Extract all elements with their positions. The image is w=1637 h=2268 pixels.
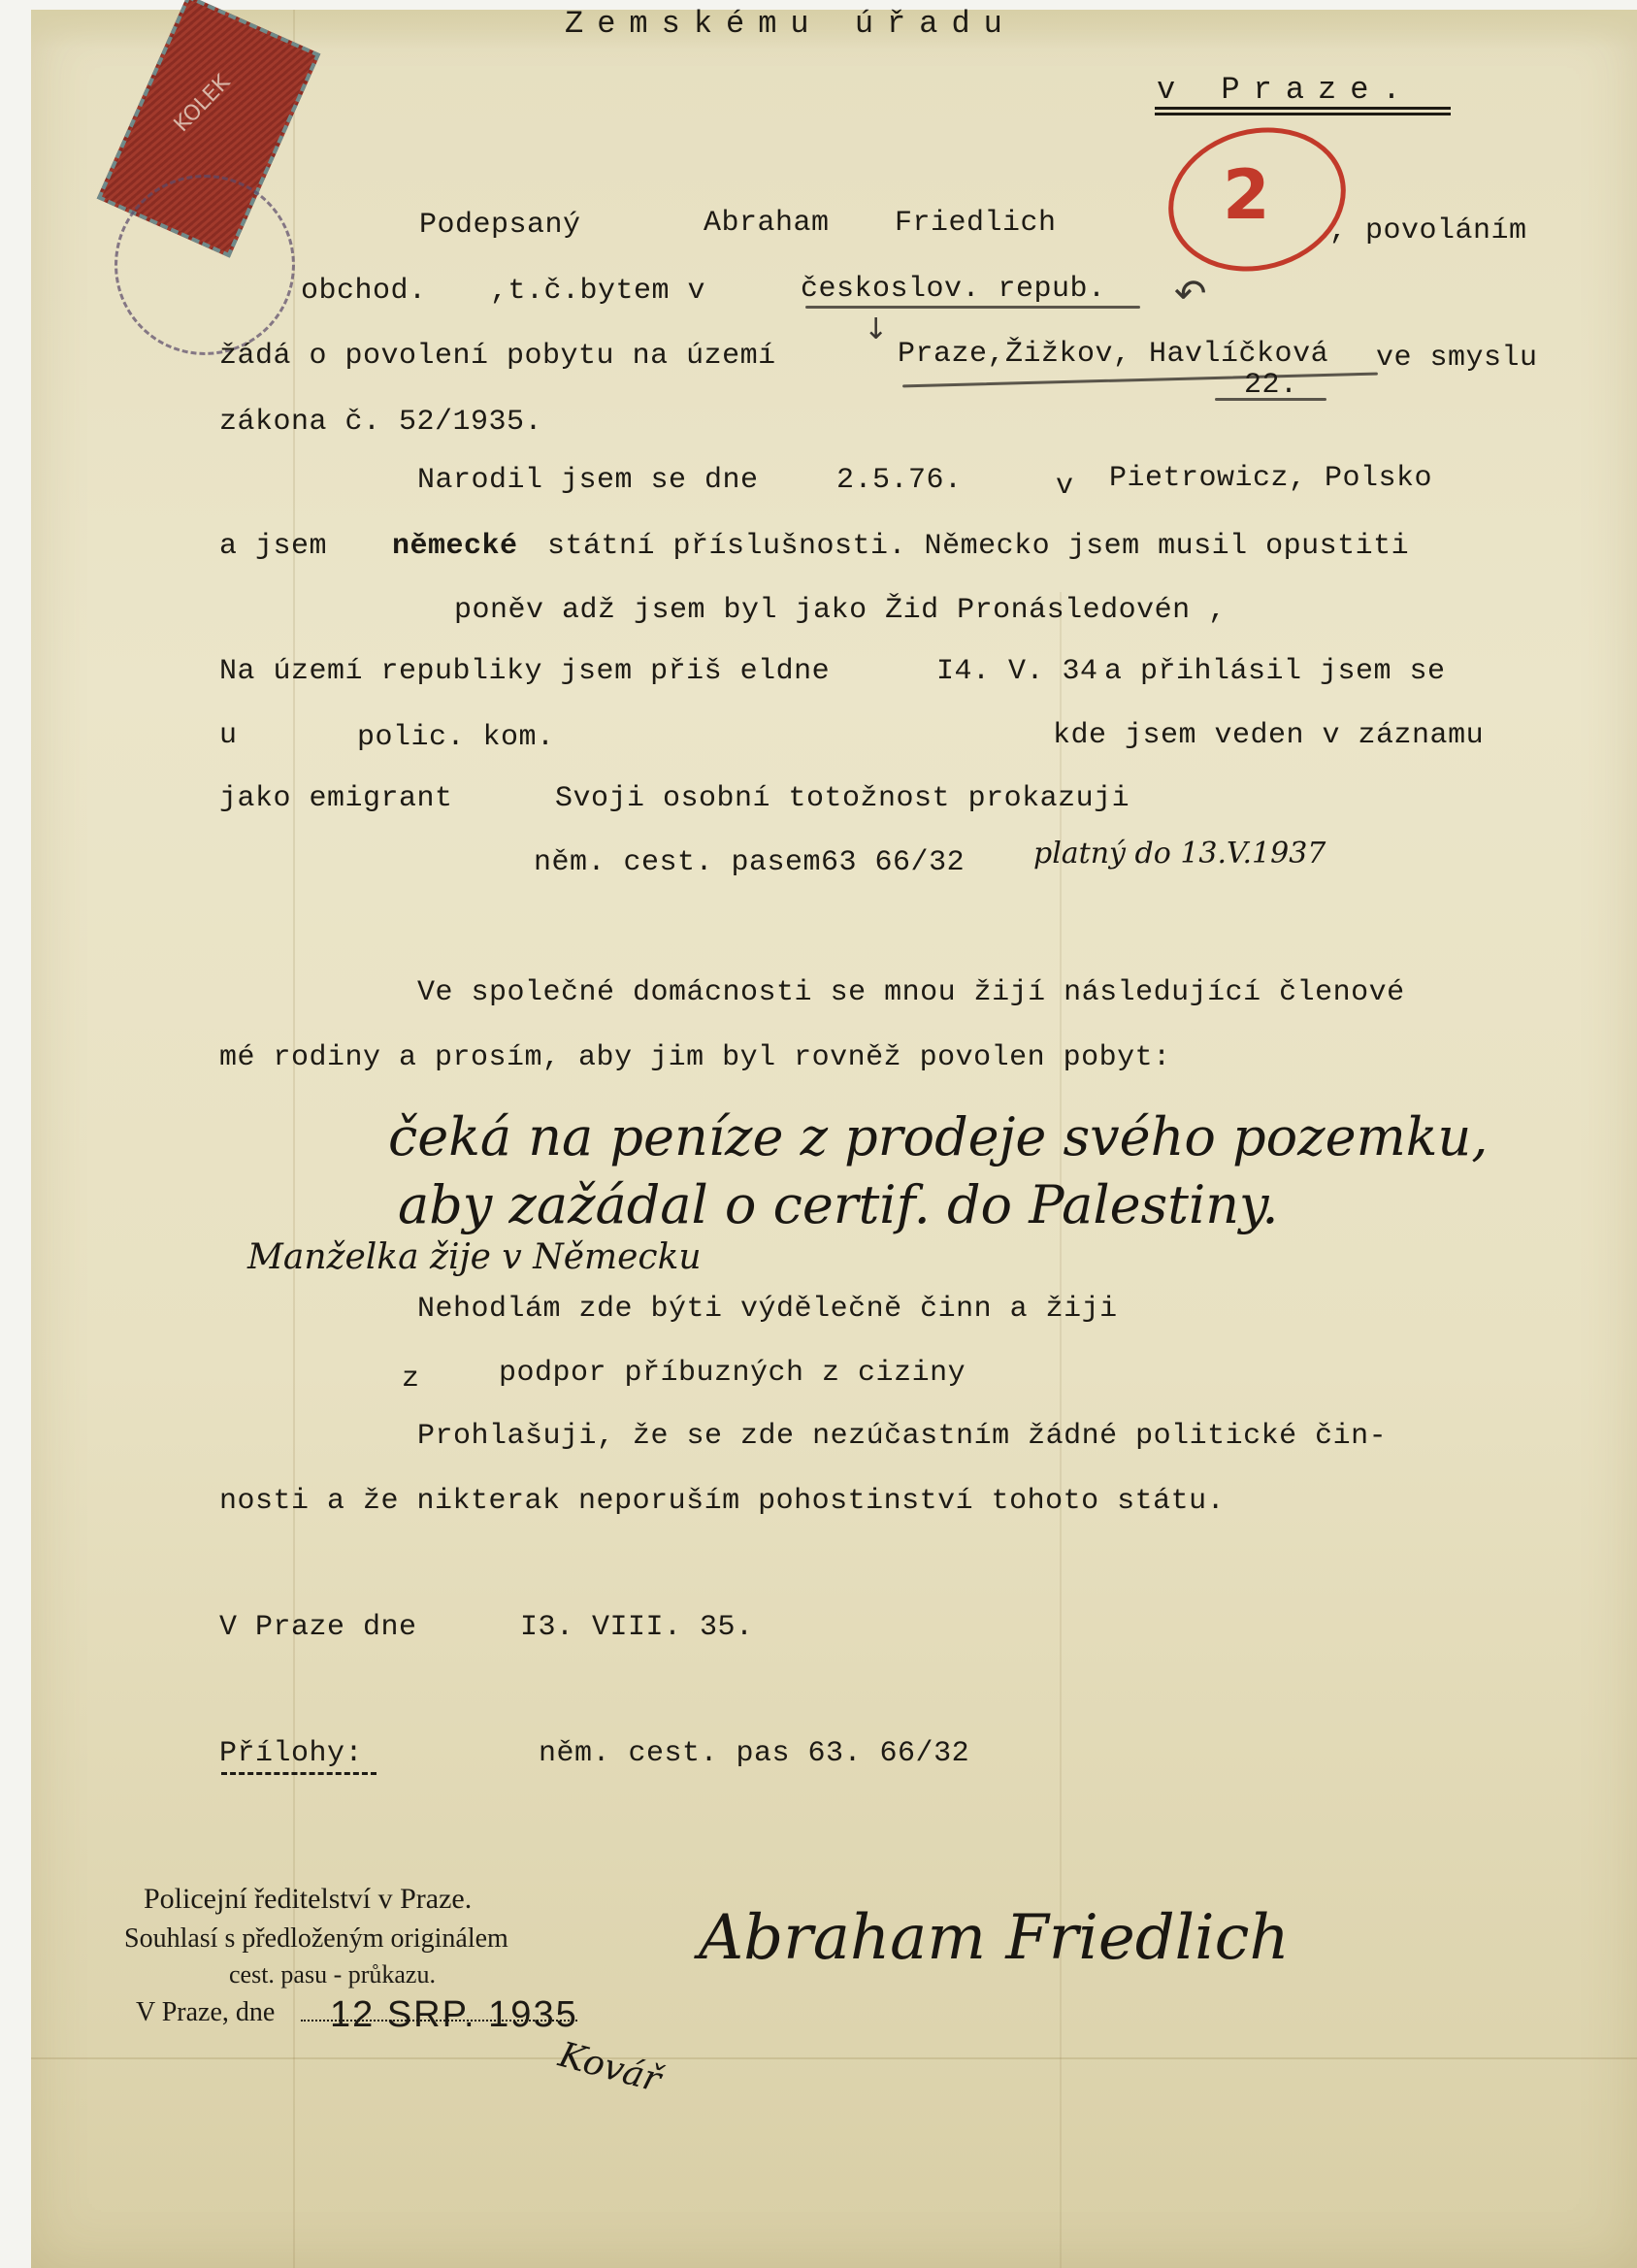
police-stamp-date: 12 SRP. 1935	[330, 1994, 578, 2036]
birth-place: Pietrowicz, Polsko	[1109, 462, 1432, 495]
birth-label: Narodil jsem se dne	[417, 464, 759, 497]
attachments-underline	[221, 1772, 377, 1775]
ve-smyslu-label: ve smyslu	[1376, 342, 1538, 375]
attachments-value: něm. cest. pas 63. 66/32	[539, 1737, 969, 1770]
attachments-label: Přílohy:	[219, 1737, 363, 1770]
declaration-line2: podpor příbuzných z ciziny	[499, 1357, 966, 1390]
police-stamp-line3: cest. pasu - průkazu.	[229, 1960, 436, 1989]
podepsany-label: Podepsaný	[419, 209, 581, 242]
record-text: kde jsem veden v záznamu	[1053, 719, 1484, 752]
povolanim-label: , povoláním	[1329, 214, 1527, 247]
police-stamp-line2: Souhlasí s předloženým originálem	[124, 1923, 508, 1955]
pencil-arrow-icon: ↓	[864, 312, 888, 346]
applicant-signature: Abraham Friedlich	[699, 1902, 1290, 1974]
occupation: obchod.	[301, 275, 427, 308]
addressee-line2: v Praze.	[1157, 72, 1415, 108]
addressee-line1: Zemskému úřadu	[565, 6, 1016, 42]
nationality-text: státní příslušnosti. Německo jsem musil …	[547, 530, 1409, 563]
first-name: Abraham	[704, 207, 830, 240]
pencil-arrow-icon: ↶	[1174, 272, 1207, 316]
arrival-date: I4. V. 34	[936, 655, 1098, 688]
cancellation-postmark	[115, 175, 295, 355]
double-underline	[1155, 107, 1451, 110]
z-label: z	[402, 1363, 420, 1396]
territory: Praze,Žižkov, Havlíčková	[898, 338, 1328, 371]
arrival-text: Na území republiky jsem přiš eldne	[219, 655, 830, 688]
identity-text: Svoji osobní totožnost prokazuji	[555, 782, 1130, 815]
handwritten-note-2: aby zažádal o certif. do Palestiny.	[398, 1174, 1279, 1235]
handwritten-passport-validity: platný do 13.V.1937	[1033, 837, 1326, 871]
declaration-line3: Prohlašuji, že se zde nezúčastním žádné …	[417, 1420, 1387, 1453]
paper-fold	[31, 2057, 1637, 2059]
surname: Friedlich	[895, 207, 1057, 240]
household-line2: mé rodiny a prosím, aby jim byl rovněž p…	[219, 1041, 1171, 1074]
arrival-text-2: a přihlásil jsem se	[1104, 655, 1446, 688]
request-text: žádá o povolení pobytu na území	[219, 340, 776, 373]
place-date-label: V Praze dne	[219, 1611, 417, 1644]
birth-date: 2.5.76.	[836, 464, 963, 497]
household-line1: Ve společné domácnosti se mnou žijí násl…	[417, 976, 1405, 1009]
handwritten-note-1: čeká na peníze z prodeje svého pozemku,	[388, 1106, 1488, 1167]
police-stamp-line4: V Praze, dne	[136, 1997, 275, 2028]
declaration-line1: Nehodlám zde býti výdělečně činn a žiji	[417, 1293, 1118, 1326]
residence: českoslov. repub.	[801, 273, 1106, 306]
emigrant-label: jako emigrant	[219, 782, 453, 815]
passport-number: něm. cest. pasem63 66/32	[534, 846, 965, 879]
police-office: polic. kom.	[357, 721, 555, 754]
red-pencil-mark: 2	[1223, 155, 1270, 235]
handwritten-note-3: Manželka žije v Německu	[247, 1237, 702, 1277]
dotted-line	[301, 2020, 577, 2021]
a-jsem-label: a jsem	[219, 530, 327, 563]
emigration-reason: poněv adž jsem byl jako Žid Pronásledové…	[454, 594, 1227, 627]
law-reference: zákona č. 52/1935.	[219, 406, 542, 439]
u-label: u	[219, 719, 238, 752]
police-stamp-line1: Policejní ředitelství v Praze.	[144, 1883, 472, 1916]
v-label: v	[1056, 470, 1074, 503]
double-underline	[1155, 113, 1451, 115]
pencil-underline	[1215, 398, 1326, 401]
house-number: 22.	[1244, 369, 1298, 402]
nationality: německé	[392, 530, 518, 563]
application-date: I3. VIII. 35.	[520, 1611, 754, 1644]
declaration-line4: nosti a že nikterak neporuším pohostinst…	[219, 1485, 1225, 1518]
bytem-label: ,t.č.bytem v	[490, 275, 705, 308]
pencil-underline	[805, 306, 1140, 309]
